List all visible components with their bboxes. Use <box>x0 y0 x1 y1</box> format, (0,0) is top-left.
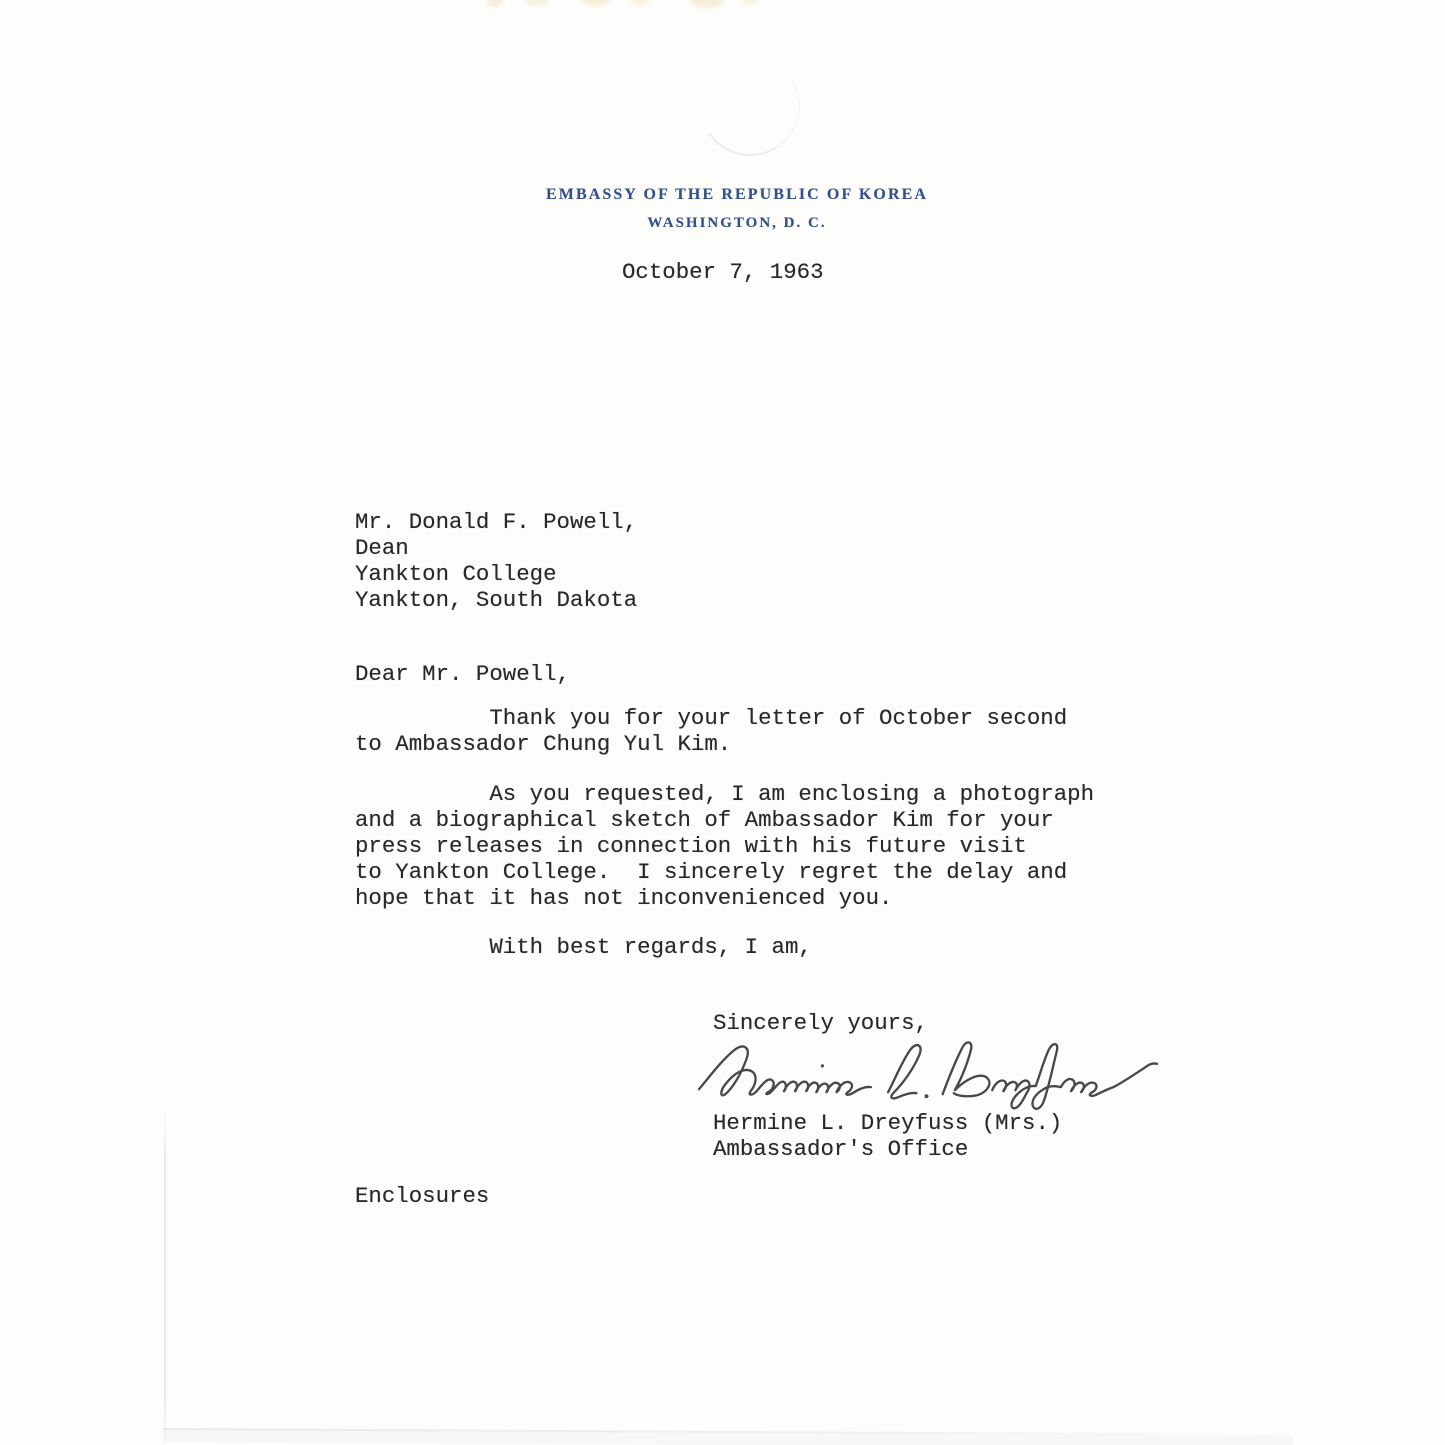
paper-edge-vertical <box>164 1108 166 1436</box>
gold-emblem-fragment <box>742 0 758 5</box>
letterhead-city: WASHINGTON, D. C. <box>437 215 1037 232</box>
gold-emblem-fragment <box>580 0 610 6</box>
body-paragraph-1: Thank you for your letter of October sec… <box>355 705 1067 757</box>
gold-emblem-fragment <box>690 0 724 8</box>
salutation-line: Dear Mr. Powell, <box>355 661 570 687</box>
date-line: October 7, 1963 <box>622 259 824 285</box>
gold-emblem-fragment <box>630 0 650 6</box>
letter-page: EMBASSY OF THE REPUBLIC OF KOREA WASHING… <box>0 0 1445 1445</box>
signer-title-line: Ambassador's Office <box>713 1136 968 1162</box>
recipient-address-block: Mr. Donald F. Powell, Dean Yankton Colle… <box>355 509 637 613</box>
embossed-seal <box>691 47 810 166</box>
gold-emblem-fragment <box>487 0 503 7</box>
gold-emblem-fragment <box>525 0 549 6</box>
body-paragraph-2: As you requested, I am enclosing a photo… <box>355 781 1094 911</box>
signer-name-line: Hermine L. Dreyfuss (Mrs.) <box>713 1110 1062 1136</box>
enclosures-line: Enclosures <box>355 1183 489 1209</box>
complimentary-close: Sincerely yours, <box>713 1010 928 1036</box>
regards-line: With best regards, I am, <box>355 934 812 960</box>
handwritten-signature <box>693 1036 1163 1116</box>
letterhead-embassy-name: EMBASSY OF THE REPUBLIC OF KOREA <box>437 186 1037 204</box>
letterhead: EMBASSY OF THE REPUBLIC OF KOREA WASHING… <box>437 186 1037 232</box>
